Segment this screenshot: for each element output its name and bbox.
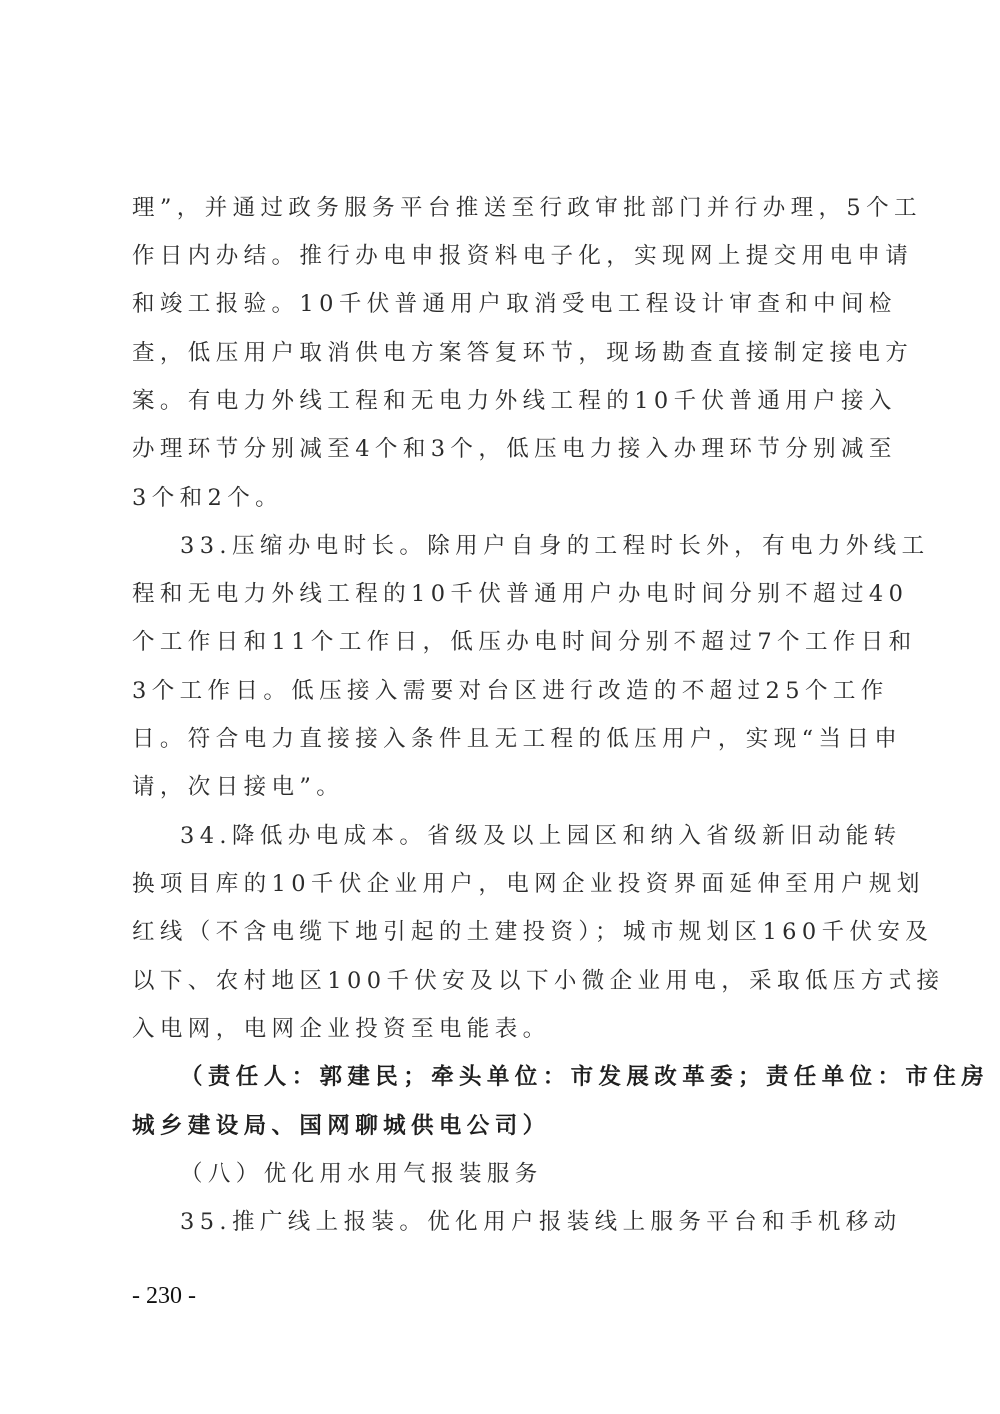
text-line: 33.压缩办电时长。除用户自身的工程时长外，有电力外线工 [180,530,868,562]
text-line: 入电网，电网企业投资至电能表。 [132,1013,868,1045]
text-line: 3个工作日。低压接入需要对台区进行改造的不超过25个工作 [132,675,868,707]
text-line: 城乡建设局、国网聊城供电公司） [132,1110,868,1142]
text-line: 以下、农村地区100千伏安及以下小微企业用电，采取低压方式接 [132,965,868,997]
text-line: 个工作日和11个工作日，低压办电时间分别不超过7个工作日和 [132,626,868,658]
text-line: （八）优化用水用气报装服务 [180,1158,868,1190]
text-line: 日。符合电力直接接入条件且无工程的低压用户，实现“当日申 [132,723,868,755]
text-line: 红线（不含电缆下地引起的土建投资）；城市规划区160千伏安及 [132,916,868,948]
page-number: - 230 - [132,1283,196,1310]
text-line: 办理环节分别减至4个和3个，低压电力接入办理环节分别减至 [132,433,868,465]
text-line: 35.推广线上报装。优化用户报装线上服务平台和手机移动 [180,1206,868,1238]
text-line: 程和无电力外线工程的10千伏普通用户办电时间分别不超过40 [132,578,868,610]
text-line: 理”，并通过政务服务平台推送至行政审批部门并行办理，5个工 [132,192,868,224]
text-line: 换项目库的10千伏企业用户，电网企业投资界面延伸至用户规划 [132,868,868,900]
text-line: 查，低压用户取消供电方案答复环节，现场勘查直接制定接电方 [132,337,868,369]
text-line: 案。有电力外线工程和无电力外线工程的10千伏普通用户接入 [132,385,868,417]
text-line: （责任人：郭建民；牵头单位：市发展改革委；责任单位：市住房 [180,1061,868,1093]
document-page: 理”，并通过政务服务平台推送至行政审批部门并行办理，5个工作日内办结。推行办电申… [0,0,1000,1414]
text-line: 作日内办结。推行办电申报资料电子化，实现网上提交用电申请 [132,240,868,272]
text-line: 和竣工报验。10千伏普通用户取消受电工程设计审查和中间检 [132,288,868,320]
text-line: 34.降低办电成本。省级及以上园区和纳入省级新旧动能转 [180,820,868,852]
text-line: 3个和2个。 [132,482,868,514]
text-line: 请，次日接电”。 [132,771,868,803]
